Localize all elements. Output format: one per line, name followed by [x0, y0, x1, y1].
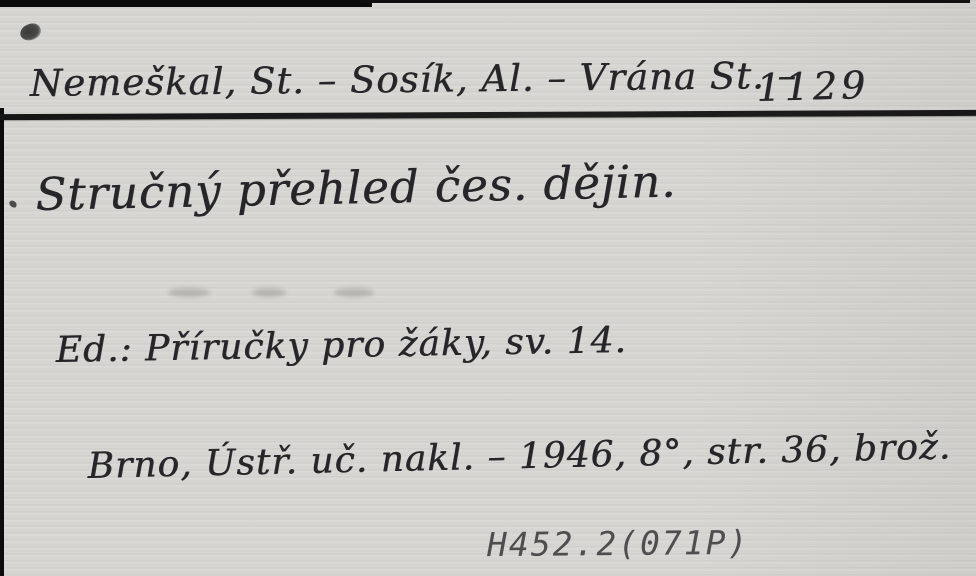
imprint-line: Brno, Ústř. uč. nakl. – 1946, 8°, str. 3… [87, 426, 952, 487]
entry-number: 1129 [756, 63, 870, 110]
ink-speck [8, 199, 18, 208]
ink-blot [18, 21, 43, 43]
faint-smudge [334, 288, 374, 297]
faint-smudge [252, 288, 286, 297]
catalog-card-scan: Nemeškal, St. – Sosík, Al. – Vrána St. –… [0, 0, 976, 576]
scan-edge-top-right [360, 0, 970, 3]
separator-rule [0, 110, 976, 120]
scan-edge-left [0, 108, 4, 576]
call-number: H452.2(071P) [487, 523, 750, 564]
series-note: Ed.: Příručky pro žáky, sv. 14. [55, 320, 627, 371]
faint-smudge [168, 288, 210, 297]
title-line: Stručný přehled čes. dějin. [35, 155, 677, 221]
scan-edge-top-left [0, 0, 372, 7]
authors-heading: Nemeškal, St. – Sosík, Al. – Vrána St. – [30, 54, 798, 105]
